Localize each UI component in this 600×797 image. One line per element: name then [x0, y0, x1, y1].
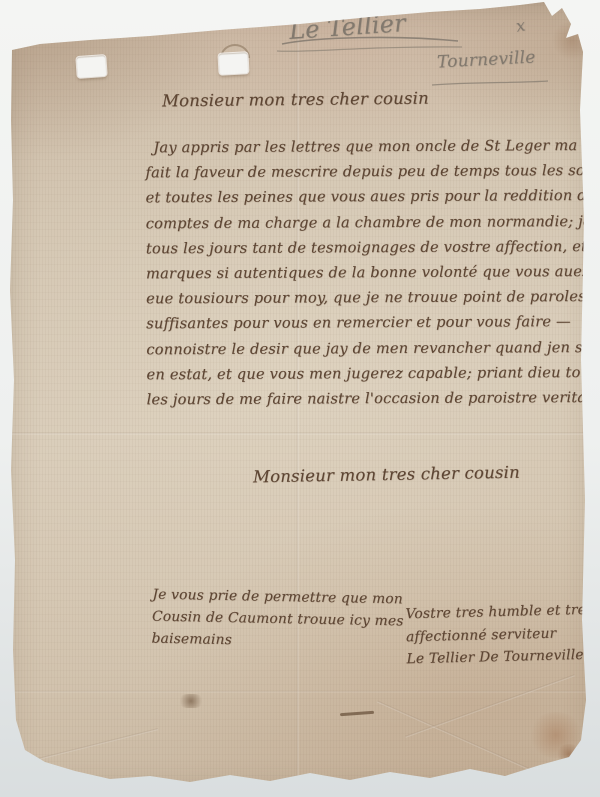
- body-line: tous les jours tant de tesmoignages de v…: [146, 234, 600, 262]
- body-line: comptes de ma charge a la chambre de mon…: [146, 208, 600, 236]
- letter-salutation: Monsieur mon tres cher cousin: [162, 89, 429, 111]
- letter-body: Jay appris par les lettres que mon oncle…: [145, 133, 600, 413]
- letter-mid-salutation: Monsieur mon tres cher cousin: [253, 463, 520, 487]
- punch-hole-right: [218, 52, 248, 74]
- punch-hole-left: [76, 55, 106, 78]
- stain-bottom-right-dark: [556, 744, 582, 764]
- pencil-annotation-place: Tourneville: [437, 47, 536, 72]
- body-line: les jours de me faire naistre l'occasion…: [147, 385, 600, 413]
- closing-line: Vostre tres humble et tres: [405, 599, 593, 626]
- body-line: connoistre le desir que jay de men revan…: [146, 334, 600, 362]
- fold-crease-horizontal-upper: [0, 432, 600, 435]
- letter-paper: Le Tellier x Tourneville Monsieur mon tr…: [0, 0, 600, 797]
- letter-closing: Vostre tres humble et tres affectionné s…: [405, 599, 594, 671]
- pencil-annotation-name: Le Tellier: [288, 9, 406, 45]
- crease-bottom-right-1: [377, 701, 533, 772]
- body-line: en estat, et que vous men jugerez capabl…: [146, 360, 600, 388]
- closing-line signature: Le Tellier De Tourneville: [406, 644, 594, 671]
- crease-bottom-right-2: [405, 674, 575, 737]
- letter-postscript: Je vous prie de permettre que mon Cousin…: [151, 584, 404, 655]
- body-line: Jay appris par les lettres que mon oncle…: [145, 133, 600, 161]
- stain-bottom-right: [528, 712, 584, 758]
- crease-bottom-left: [22, 728, 158, 764]
- body-line: suffisantes pour vous en remercier et po…: [146, 309, 600, 337]
- mark-bottom-left: [178, 694, 204, 708]
- body-line: eue tousiours pour moy, que je ne trouue…: [146, 284, 600, 312]
- body-line: et toutes les peines que vous aues pris …: [146, 183, 600, 211]
- pencil-underline-place: [430, 78, 550, 88]
- stain-torn-corner: [552, 20, 592, 60]
- body-line: marques si autentiques de la bonne volon…: [146, 259, 600, 287]
- pencil-annotation-mark: x: [514, 15, 526, 35]
- body-line: fait la faveur de mescrire depuis peu de…: [145, 158, 600, 186]
- mark-bottom-center: [340, 711, 374, 716]
- fold-crease-horizontal-lower: [0, 690, 600, 693]
- photo-background: Le Tellier x Tourneville Monsieur mon tr…: [0, 0, 600, 797]
